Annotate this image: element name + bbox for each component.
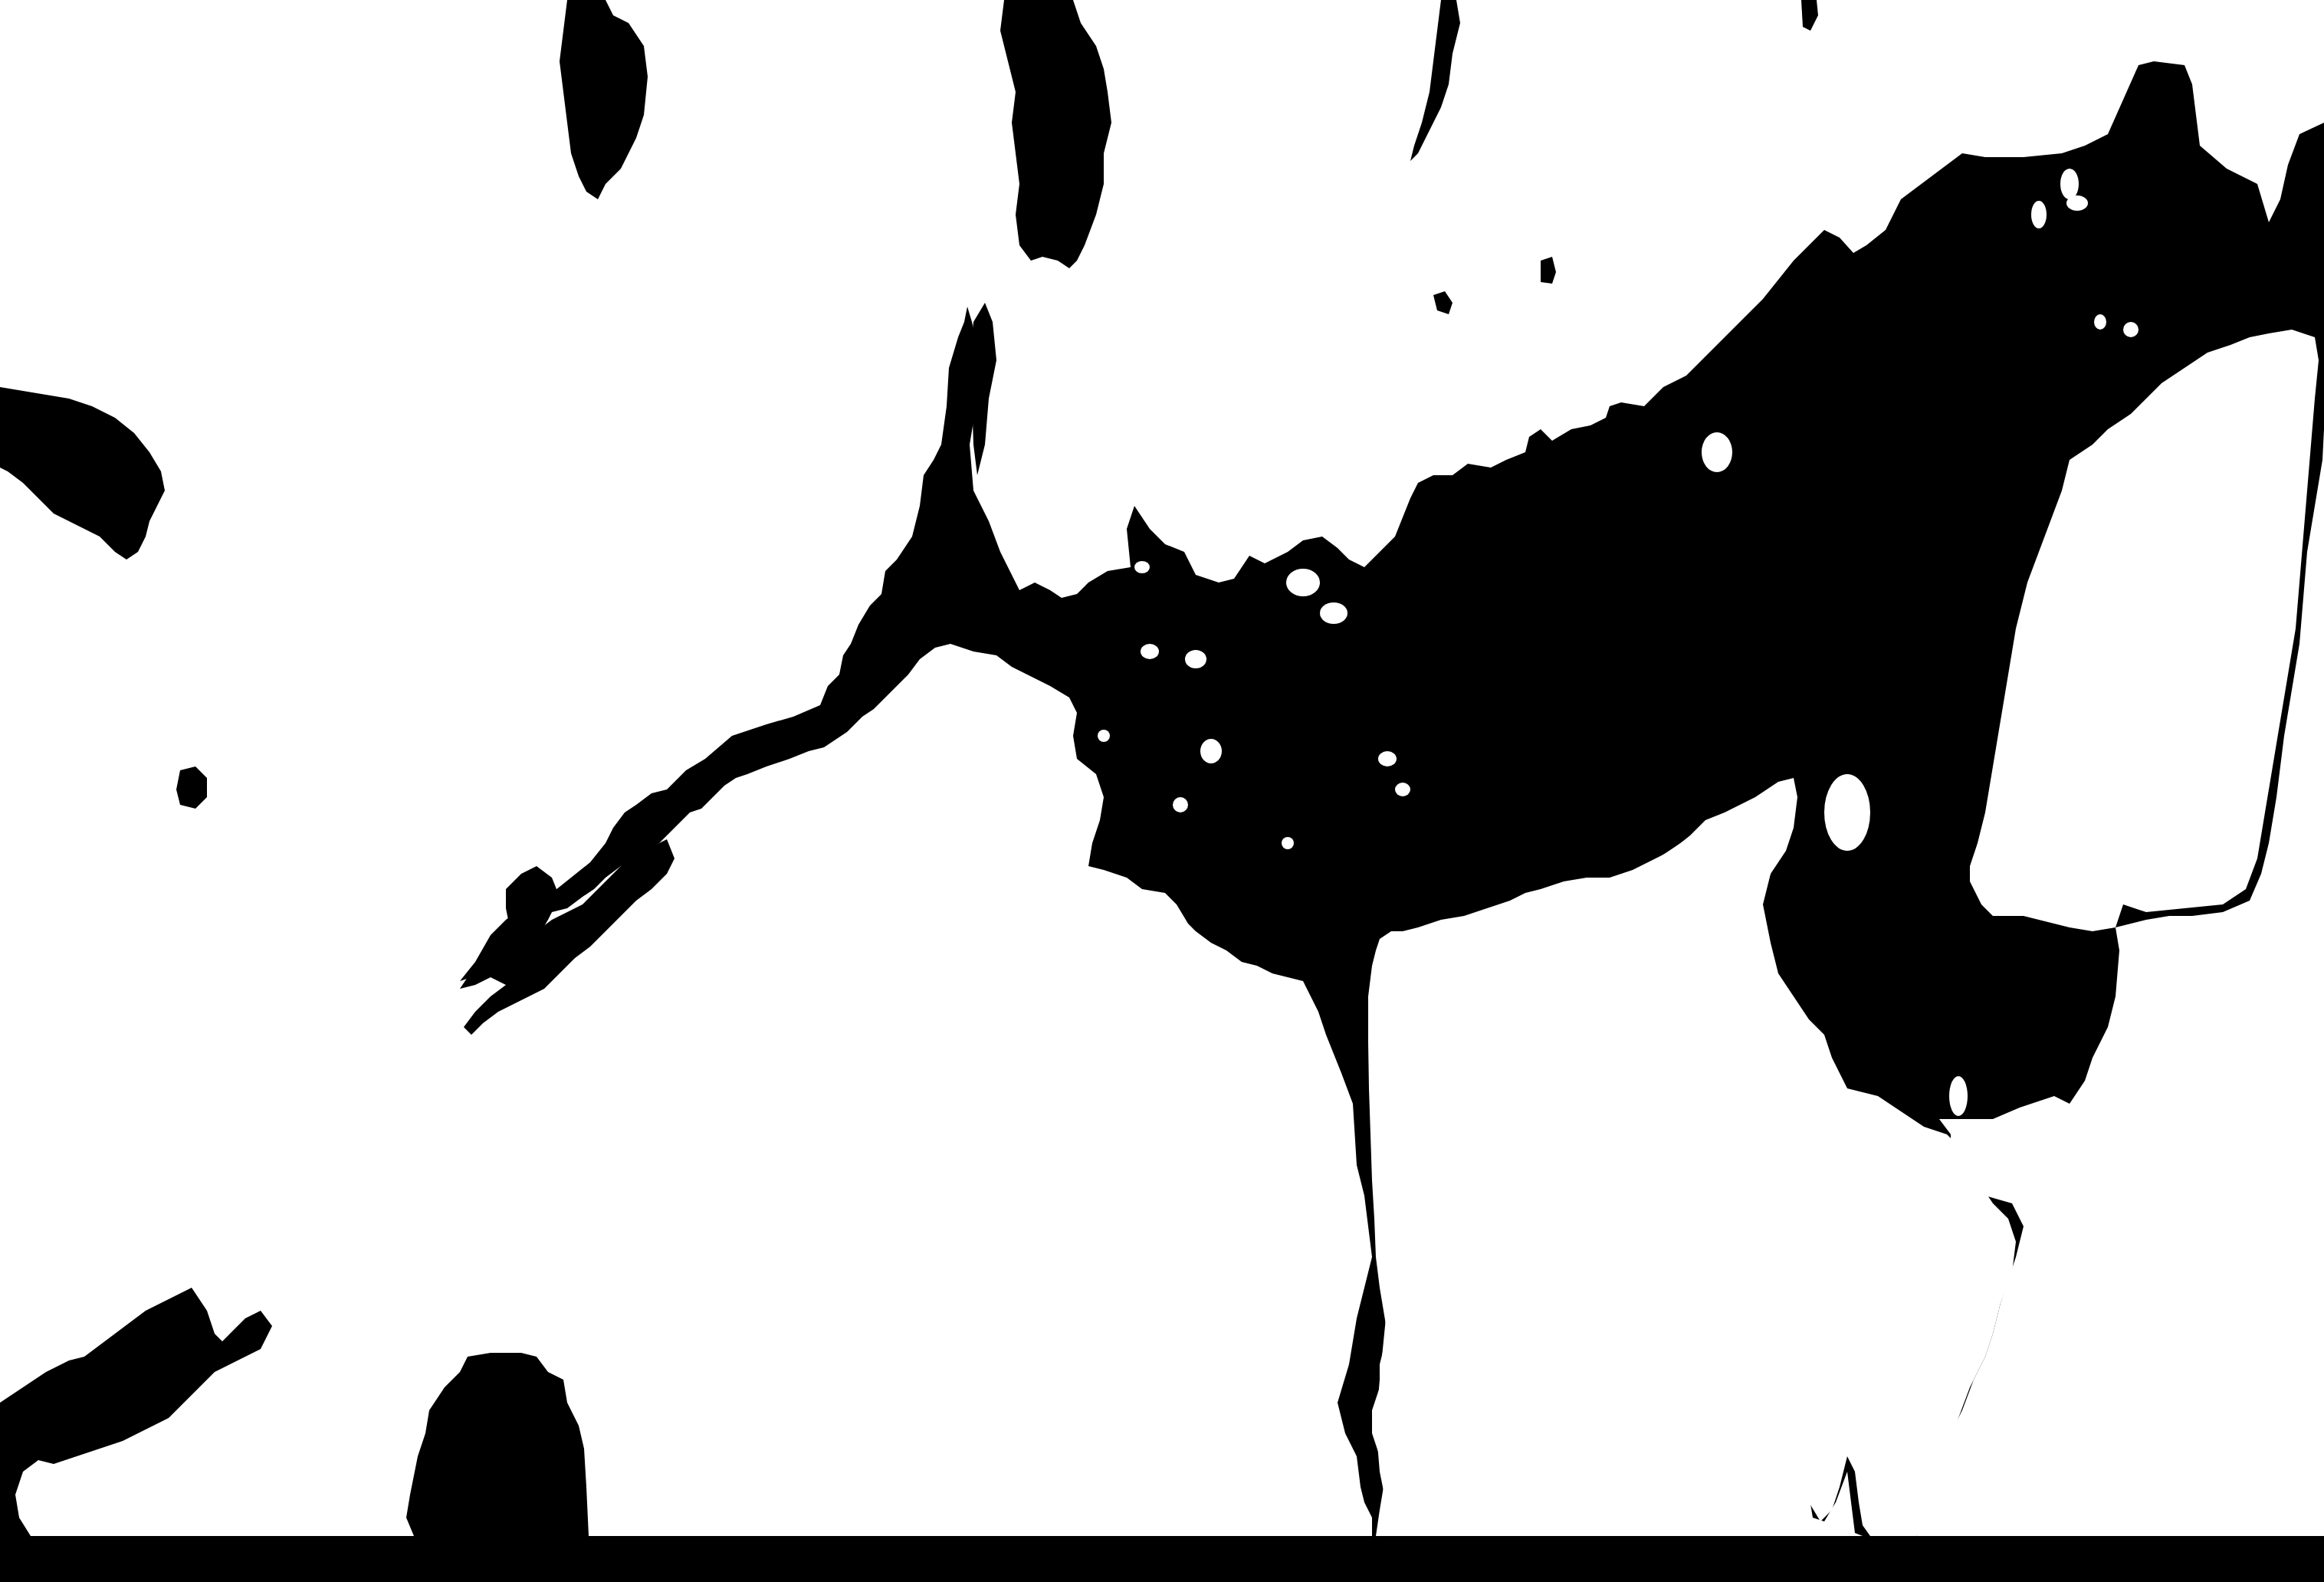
white-speck [1200,739,1222,763]
white-speck [1320,602,1347,624]
white-speck [960,1079,972,1098]
white-speck [1303,1081,1334,1127]
white-speck [2066,195,2088,211]
white-speck [1246,1104,1268,1150]
white-speck [2060,169,2079,199]
white-speck [1395,783,1410,796]
bottom-band [0,1536,2324,1582]
white-speck [1949,1076,1968,1116]
white-speck [2094,314,2106,330]
white-speck [1282,837,1294,849]
white-speck [1378,751,1397,766]
white-speck [1824,774,1870,851]
white-speck [2031,201,2047,228]
white-speck [2123,322,2139,337]
white-speck [1185,650,1206,668]
white-speck [1141,644,1159,659]
white-speck [1173,797,1188,812]
binary-mask-image [0,0,2324,1582]
white-speck [931,1043,947,1065]
white-speck [1286,569,1320,596]
white-speck [1702,432,1732,472]
white-speck [1098,730,1110,742]
white-speck [1134,561,1150,573]
